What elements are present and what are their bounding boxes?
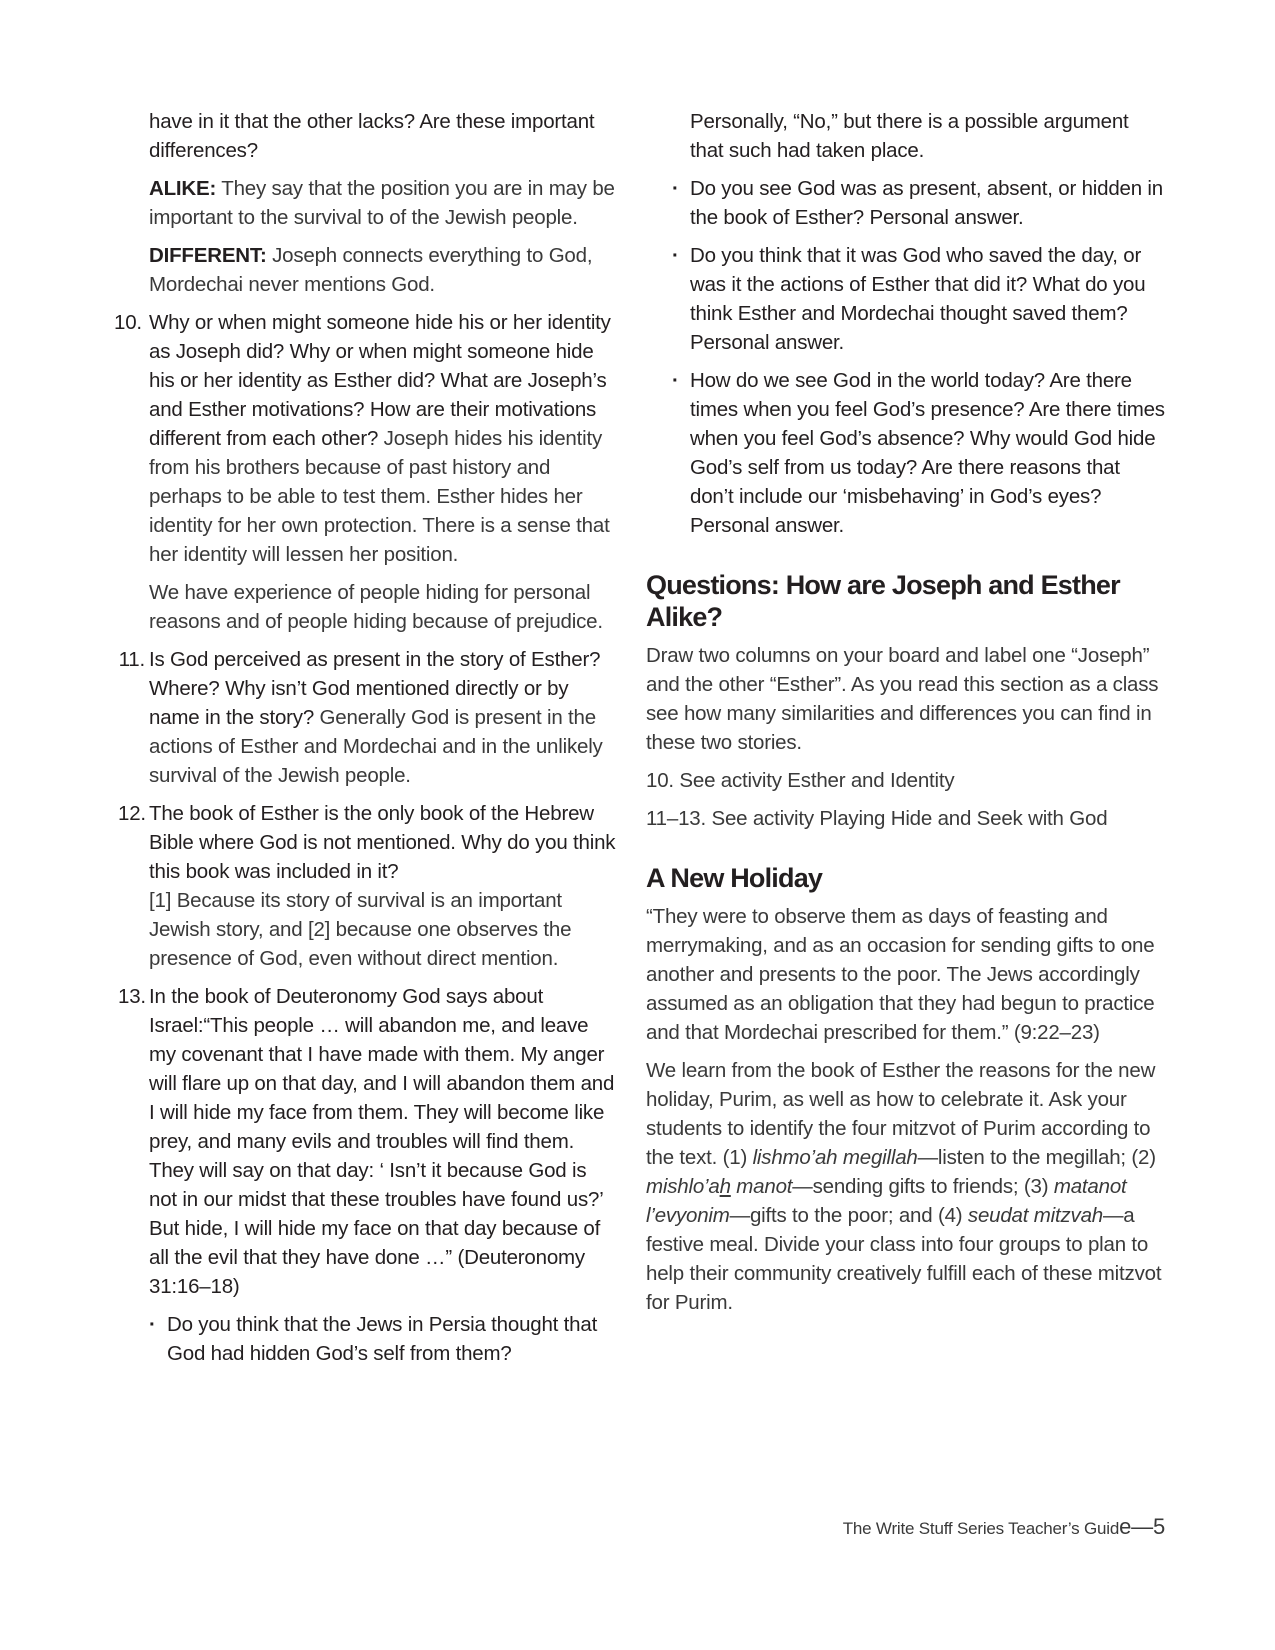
bullet-list: Personally, “No,” but there is a possibl… xyxy=(646,107,1166,540)
question-13: 13. In the book of Deuteronomy God says … xyxy=(118,982,618,1301)
bullet-text: Do you see God was as present, absent, o… xyxy=(690,177,1163,229)
bullet-text: How do we see God in the world today? Ar… xyxy=(690,369,1165,537)
mitzvah-term: seudat mitzvah xyxy=(968,1204,1103,1227)
alike-label: ALIKE: xyxy=(149,177,216,200)
activity-reference: 11–13. See activity Playing Hide and See… xyxy=(646,804,1166,833)
bullet-icon: · xyxy=(149,1310,156,1339)
term-part: manot xyxy=(731,1175,792,1198)
bullet-icon: · xyxy=(672,241,679,270)
page-number: 5 xyxy=(1153,1514,1165,1539)
term-part: mishlo’a xyxy=(646,1175,720,1198)
different-answer: DIFFERENT: Joseph connects everything to… xyxy=(118,241,618,299)
series-title: The Write Stuff Series Teacher’s Guid xyxy=(843,1519,1119,1538)
footer-dash: — xyxy=(1131,1514,1153,1539)
body-text: —sending gifts to friends; (3) xyxy=(792,1175,1054,1198)
question-10: 10. Why or when might someone hide his o… xyxy=(118,308,618,569)
bullet-item: · How do we see God in the world today? … xyxy=(672,366,1166,540)
title-tail: e xyxy=(1119,1514,1131,1539)
bullet-text: Personally, “No,” but there is a possibl… xyxy=(690,110,1129,162)
bullet-icon: · xyxy=(672,366,679,395)
activity-reference: 10. See activity Esther and Identity xyxy=(646,766,1166,795)
page-footer: The Write Stuff Series Teacher’s Guide—5 xyxy=(843,1514,1165,1540)
question-text: The book of Esther is the only book of t… xyxy=(149,802,615,883)
scripture-quote: “They were to observe them as days of fe… xyxy=(646,902,1166,1047)
question-text: In the book of Deuteronomy God says abou… xyxy=(149,985,614,1298)
body-text: —gifts to the poor; and (4) xyxy=(730,1204,968,1227)
body-text: —listen to the megillah; (2) xyxy=(918,1146,1156,1169)
question-11: 11. Is God perceived as present in the s… xyxy=(118,645,618,790)
right-column: Personally, “No,” but there is a possibl… xyxy=(646,107,1166,1326)
question-12: 12. The book of Esther is the only book … xyxy=(118,799,618,973)
mitzvah-term: lishmo’ah megillah xyxy=(753,1146,918,1169)
question-10-extra: We have experience of people hiding for … xyxy=(118,578,618,636)
mitzvah-term: mishlo’ah manot xyxy=(646,1175,792,1198)
bullet-icon: · xyxy=(672,174,679,203)
section-heading-alike: Questions: How are Joseph and Esther Ali… xyxy=(646,569,1166,633)
question-number: 13. xyxy=(118,982,149,1011)
question-number: 12. xyxy=(118,799,149,828)
alike-answer: ALIKE: They say that the position you ar… xyxy=(118,174,618,232)
section-heading-new-holiday: A New Holiday xyxy=(646,862,1166,894)
section-intro: Draw two columns on your board and label… xyxy=(646,641,1166,757)
bullet-item: · Do you think that it was God who saved… xyxy=(672,241,1166,357)
answer-text: [1] Because its story of survival is an … xyxy=(149,889,571,970)
bullet-item: · Do you see God was as present, absent,… xyxy=(672,174,1166,232)
bullet-text: Do you think that it was God who saved t… xyxy=(690,244,1145,354)
alike-text: They say that the position you are in ma… xyxy=(149,177,615,229)
bullet-list: · Do you think that the Jews in Persia t… xyxy=(118,1310,618,1368)
bullet-text: Do you think that the Jews in Persia tho… xyxy=(167,1313,597,1365)
bullet-item: · Do you think that the Jews in Persia t… xyxy=(149,1310,618,1368)
question-number: 10. xyxy=(114,308,145,337)
question-number: 11. xyxy=(118,645,149,674)
continued-question: have in it that the other lacks? Are the… xyxy=(118,107,618,165)
mitzvot-paragraph: We learn from the book of Esther the rea… xyxy=(646,1056,1166,1317)
left-column: have in it that the other lacks? Are the… xyxy=(118,107,618,1377)
different-label: DIFFERENT: xyxy=(149,244,267,267)
term-underlined: h xyxy=(720,1175,731,1198)
bullet-continuation: Personally, “No,” but there is a possibl… xyxy=(672,107,1166,165)
